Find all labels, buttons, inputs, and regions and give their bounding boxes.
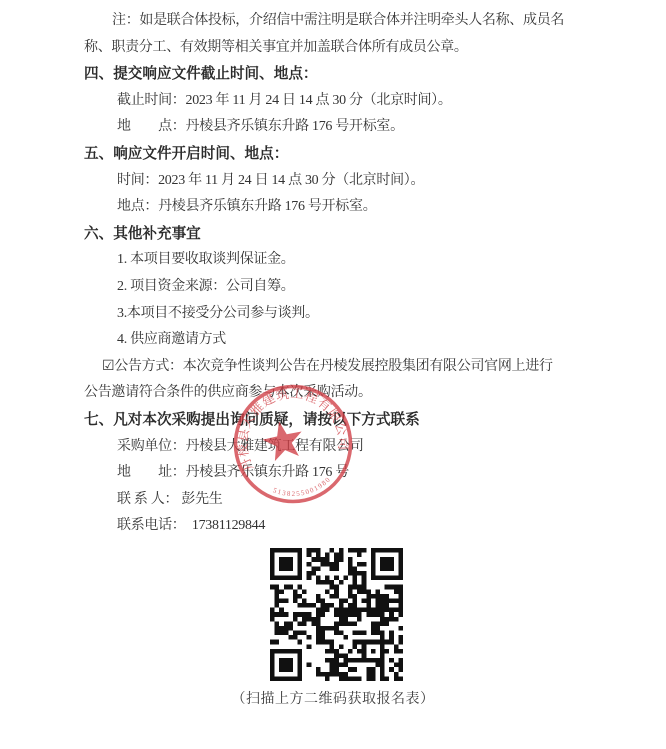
contact-phone-line: 联系电话： 17381129844 (84, 513, 582, 540)
note-line-1: 注：如是联合体投标，介绍信中需注明是联合体并注明牵头人名称、成员名 (84, 8, 582, 35)
qr-code (270, 548, 403, 681)
announcement-line-2: 公告邀请符合条件的供应商参与本次采购活动。 (84, 380, 582, 407)
section5-heading: 五、响应文件开启时间、地点： (84, 141, 582, 168)
section4-location: 地 点：丹棱县齐乐镇东升路 176 号开标室。 (84, 114, 582, 141)
section5-location: 地点：丹棱县齐乐镇东升路 176 号开标室。 (84, 194, 582, 221)
note-line-2: 称、职责分工、有效期等相关事宜并加盖联合体所有成员公章。 (84, 35, 582, 62)
section6-heading: 六、其他补充事宜 (84, 221, 582, 248)
section5-time: 时间：2023 年 11 月 24 日 14 点 30 分（北京时间）。 (84, 168, 582, 195)
list-item-3: 3.本项目不接受分公司参与谈判。 (84, 301, 582, 328)
address-line: 地 址：丹棱县齐乐镇东升路 176 号 (84, 460, 582, 487)
section7-heading: 七、凡对本次采购提出询问质疑，请按以下方式联系 (84, 407, 582, 434)
section4-deadline: 截止时间：2023 年 11 月 24 日 14 点 30 分（北京时间）。 (84, 88, 582, 115)
contact-person-line: 联 系 人： 彭先生 (84, 487, 582, 514)
list-item-4: 4. 供应商邀请方式 (84, 327, 582, 354)
purchaser-line: 采购单位：丹棱县大雅建筑工程有限公司 (84, 434, 582, 461)
document-page: 注：如是联合体投标，介绍信中需注明是联合体并注明牵头人名称、成员名 称、职责分工… (0, 0, 666, 749)
announcement-line-1: ☑公告方式：本次竞争性谈判公告在丹棱发展控股集团有限公司官网上进行 (84, 354, 582, 381)
section4-heading: 四、提交响应文件截止时间、地点： (84, 61, 582, 88)
qr-caption: （扫描上方二维码获取报名表） (84, 689, 582, 711)
list-item-2: 2. 项目资金来源：公司自筹。 (84, 274, 582, 301)
list-item-1: 1. 本项目要收取谈判保证金。 (84, 247, 582, 274)
